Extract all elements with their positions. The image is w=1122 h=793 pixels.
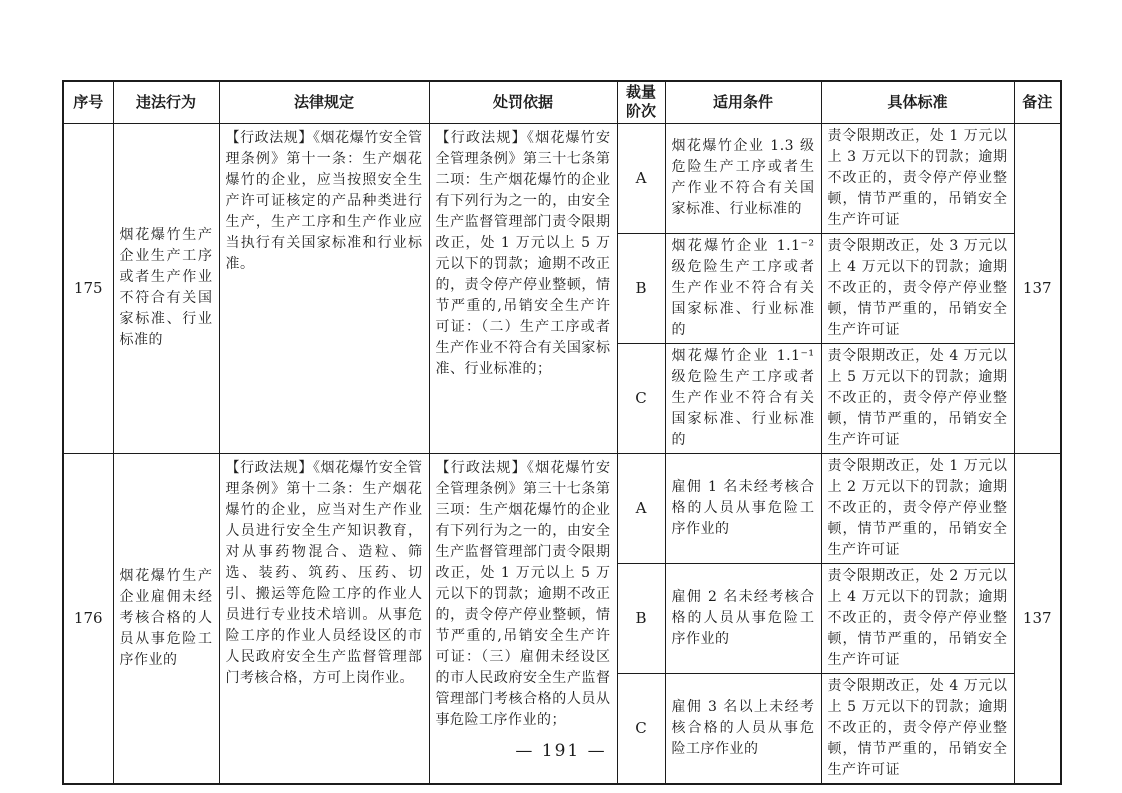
- penalty-discretion-table: 序号 违法行为 法律规定 处罚依据 裁量阶次 适用条件 具体标准 备注 175 …: [62, 80, 1062, 785]
- header-serial-number: 序号: [63, 81, 113, 123]
- table-row: 176 烟花爆竹生产企业雇佣未经考核合格的人员从事危险工序作业的 【行政法规】《…: [63, 453, 1061, 563]
- remarks-cell: 137: [1014, 123, 1061, 453]
- tier-level-cell: A: [617, 123, 665, 233]
- serial-number-cell: 176: [63, 453, 113, 784]
- header-legal-provision: 法律规定: [219, 81, 429, 123]
- specific-standard-cell: 责令限期改正，处 3 万元以上 4 万元以下的罚款；逾期不改正的，责令停产停业整…: [821, 233, 1014, 343]
- specific-standard-cell: 责令限期改正，处 1 万元以上 2 万元以下的罚款；逾期不改正的，责令停产停业整…: [821, 453, 1014, 563]
- table-row: 175 烟花爆竹生产企业生产工序或者生产作业不符合有关国家标准、行业标准的 【行…: [63, 123, 1061, 233]
- applicable-condition-cell: 烟花爆竹企业 1.1⁻² 级危险生产工序或者生产作业不符合有关国家标准、行业标准…: [665, 233, 821, 343]
- specific-standard-cell: 责令限期改正，处 4 万元以上 5 万元以下的罚款；逾期不改正的，责令停产停业整…: [821, 673, 1014, 784]
- header-specific-standard: 具体标准: [821, 81, 1014, 123]
- tier-level-cell: C: [617, 673, 665, 784]
- specific-standard-cell: 责令限期改正，处 4 万元以上 5 万元以下的罚款；逾期不改正的，责令停产停业整…: [821, 343, 1014, 453]
- penalty-basis-cell: 【行政法规】《烟花爆竹安全管理条例》第三十七条第三项：生产烟花爆竹的企业有下列行…: [429, 453, 617, 784]
- header-penalty-basis: 处罚依据: [429, 81, 617, 123]
- tier-level-cell: C: [617, 343, 665, 453]
- tier-level-cell: B: [617, 563, 665, 673]
- applicable-condition-cell: 烟花爆竹企业 1.3 级危险生产工序或者生产作业不符合有关国家标准、行业标准的: [665, 123, 821, 233]
- illegal-act-cell: 烟花爆竹生产企业生产工序或者生产作业不符合有关国家标准、行业标准的: [113, 123, 219, 453]
- tier-level-cell: A: [617, 453, 665, 563]
- penalty-basis-cell: 【行政法规】《烟花爆竹安全管理条例》第三十七条第二项：生产烟花爆竹的企业有下列行…: [429, 123, 617, 453]
- header-illegal-act: 违法行为: [113, 81, 219, 123]
- serial-number-cell: 175: [63, 123, 113, 453]
- specific-standard-cell: 责令限期改正，处 2 万元以上 4 万元以下的罚款；逾期不改正的，责令停产停业整…: [821, 563, 1014, 673]
- legal-provision-cell: 【行政法规】《烟花爆竹安全管理条例》第十二条：生产烟花爆竹的企业，应当对生产作业…: [219, 453, 429, 784]
- tier-level-cell: B: [617, 233, 665, 343]
- legal-provision-cell: 【行政法规】《烟花爆竹安全管理条例》第十一条：生产烟花爆竹的企业，应当按照安全生…: [219, 123, 429, 453]
- applicable-condition-cell: 雇佣 2 名未经考核合格的人员从事危险工序作业的: [665, 563, 821, 673]
- page-number: — 191 —: [0, 741, 1122, 761]
- header-applicable-condition: 适用条件: [665, 81, 821, 123]
- illegal-act-cell: 烟花爆竹生产企业雇佣未经考核合格的人员从事危险工序作业的: [113, 453, 219, 784]
- document-page: 序号 违法行为 法律规定 处罚依据 裁量阶次 适用条件 具体标准 备注 175 …: [0, 0, 1122, 793]
- applicable-condition-cell: 雇佣 3 名以上未经考核合格的人员从事危险工序作业的: [665, 673, 821, 784]
- header-discretion-tier: 裁量阶次: [617, 81, 665, 123]
- applicable-condition-cell: 烟花爆竹企业 1.1⁻¹ 级危险生产工序或者生产作业不符合有关国家标准、行业标准…: [665, 343, 821, 453]
- specific-standard-cell: 责令限期改正，处 1 万元以上 3 万元以下的罚款；逾期不改正的，责令停产停业整…: [821, 123, 1014, 233]
- table-header-row: 序号 违法行为 法律规定 处罚依据 裁量阶次 适用条件 具体标准 备注: [63, 81, 1061, 123]
- header-remarks: 备注: [1014, 81, 1061, 123]
- applicable-condition-cell: 雇佣 1 名未经考核合格的人员从事危险工序作业的: [665, 453, 821, 563]
- remarks-cell: 137: [1014, 453, 1061, 784]
